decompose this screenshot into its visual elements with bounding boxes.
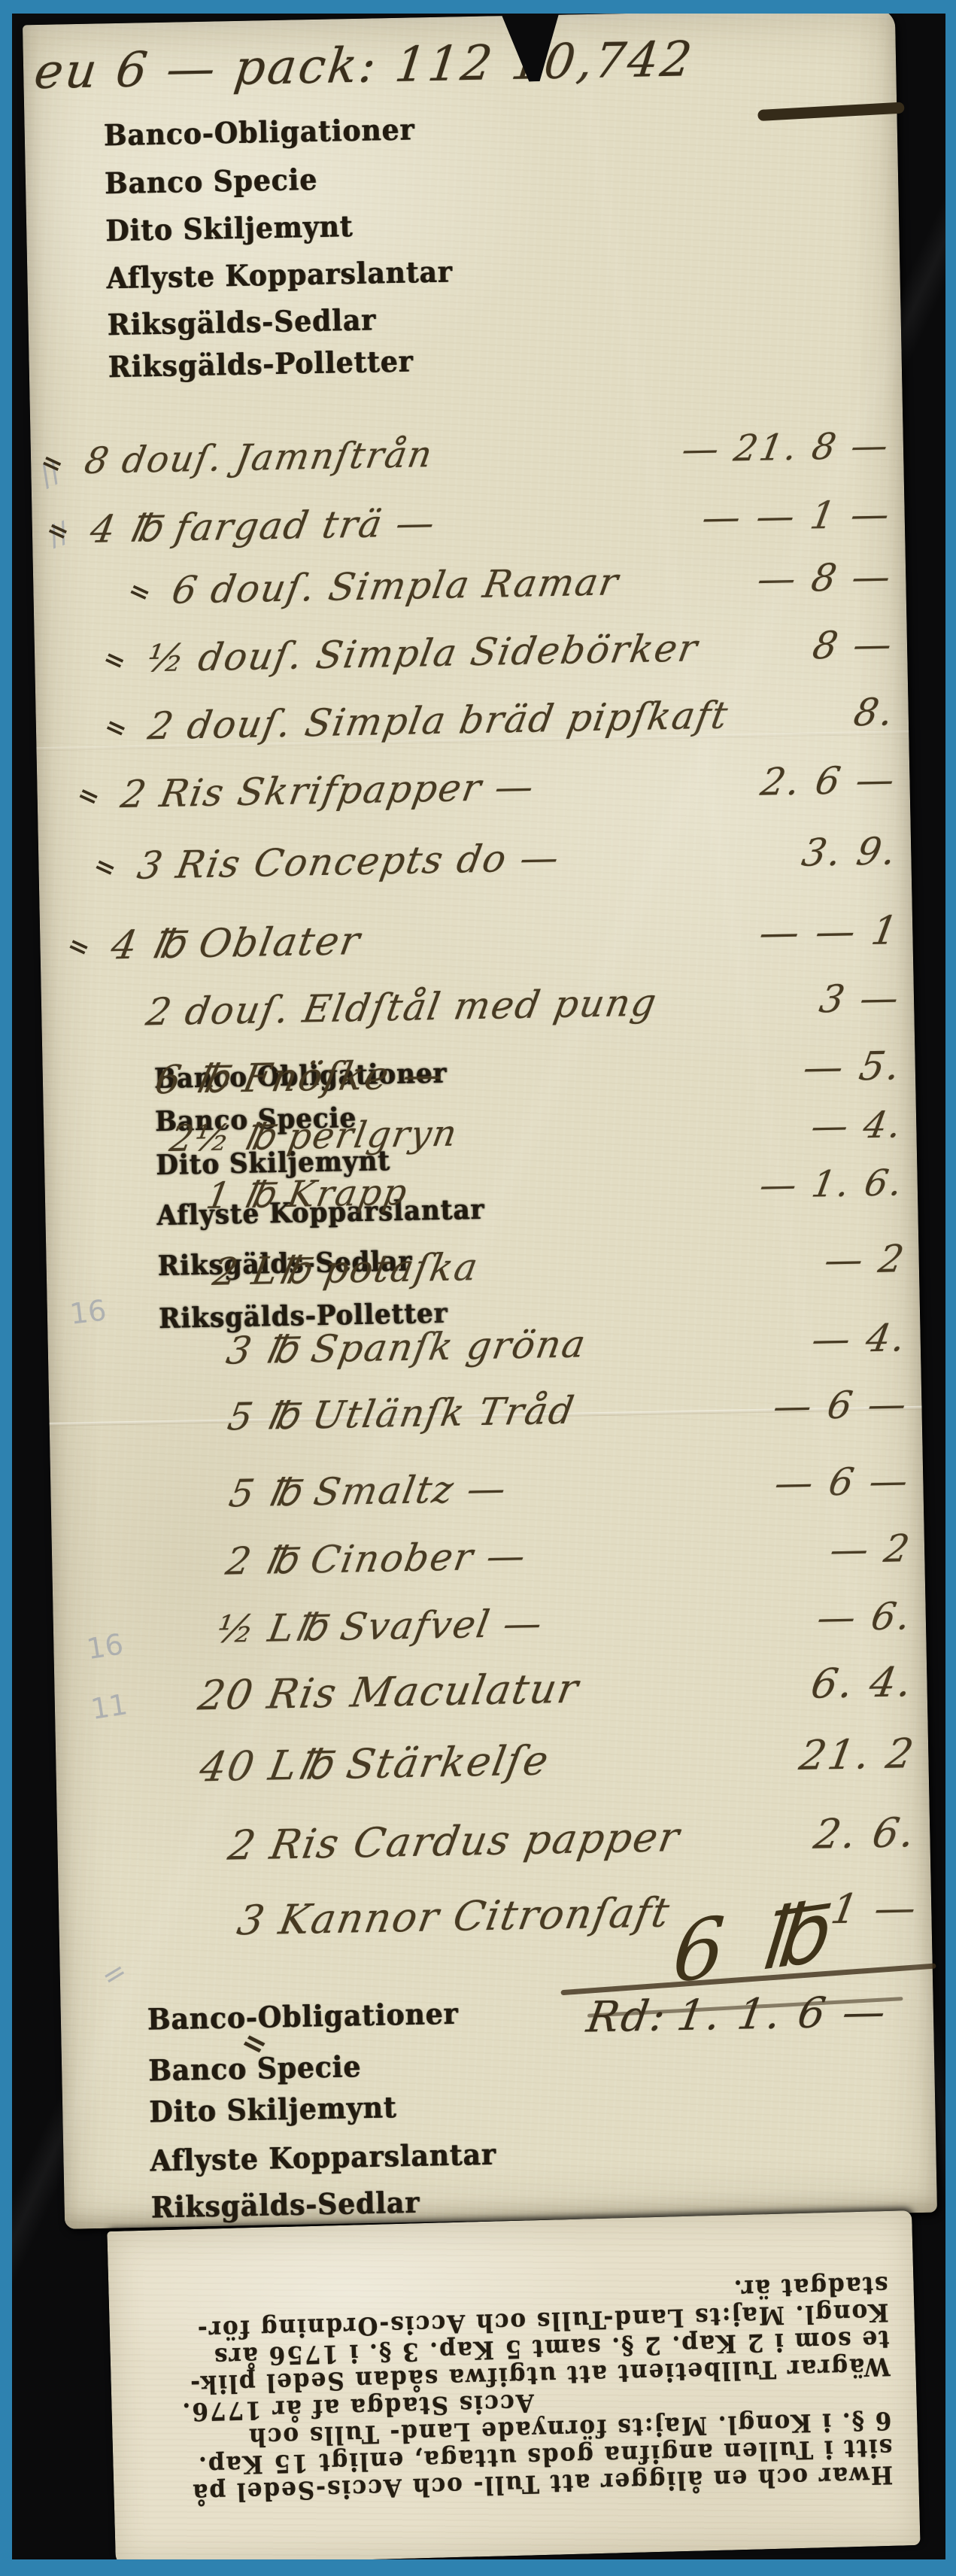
row-item-description: 1 ℔ Krapp bbox=[203, 1171, 411, 1217]
printed-header-line: Aflyste Kopparslantar bbox=[150, 2137, 496, 2178]
row-check-mark: = bbox=[99, 642, 129, 678]
row-check-mark: = bbox=[123, 574, 154, 609]
ledger-row: =6 douſ. Simpla Ramar— 8 — bbox=[33, 554, 906, 627]
upside-down-printed-text: Hwar och en åligger att Tull- och Accis-… bbox=[129, 2271, 893, 2508]
row-amount: — 6. bbox=[533, 1594, 916, 1645]
row-amount: — 2 bbox=[531, 1526, 915, 1578]
row-check-mark: = bbox=[42, 513, 73, 548]
total-value: 1. 1. 6 — bbox=[674, 1988, 891, 2041]
row-item-description: 2 L℔ potaſka bbox=[210, 1245, 482, 1294]
ledger-row: =3 Ris Concepts do —3. 9. bbox=[38, 829, 912, 901]
row-amount: — 1. 6. bbox=[524, 1162, 908, 1211]
printed-header-line: Dito Skiljemynt bbox=[105, 209, 354, 248]
row-item-description: 8 douſ. Jamnſtrån bbox=[81, 433, 436, 482]
row-item-description: ½ L℔ Svafvel — bbox=[214, 1601, 547, 1651]
printed-header-line: Banco Specie bbox=[105, 163, 318, 201]
row-amount: — — 1 bbox=[519, 908, 903, 961]
printed-header-block-3: Banco-ObligationerBanco SpecieDito Skilj… bbox=[23, 14, 895, 25]
handwritten-top-annotation: eu 6 — pack: 112 10,742 bbox=[32, 32, 697, 100]
pencil-marks-layer: ////161611= bbox=[23, 14, 895, 25]
row-amount: — 5. bbox=[522, 1043, 906, 1096]
printed-header-line: Aflyste Kopparslantar bbox=[106, 255, 453, 296]
row-item-description: 2½ ℔ perlgryn bbox=[167, 1112, 462, 1160]
row-check-mark: = bbox=[72, 778, 103, 813]
row-item-description: 2 Ris Skrifpapper — bbox=[118, 764, 539, 816]
row-amount: — — 1 — bbox=[511, 492, 895, 543]
row-item-description: 5 ℔ Smaltz — bbox=[226, 1466, 510, 1515]
row-amount: — 8 — bbox=[512, 554, 896, 606]
row-item-description: 40 L℔ Stärkelſe bbox=[196, 1736, 554, 1791]
printed-header-line: Banco-Obligationer bbox=[147, 1997, 458, 2037]
row-amount: 8. bbox=[515, 690, 899, 741]
ledger-row: =½ douſ. Simpla Sidebörker8 — bbox=[35, 622, 908, 694]
ledger-row: 6 ℔ Fnöſke —— 5. bbox=[42, 1043, 915, 1116]
ledger-row: 5 ℔ Utlänſk Tråd— 6 — bbox=[49, 1382, 922, 1454]
row-item-description: 2 ℔ Cinober — bbox=[223, 1534, 530, 1584]
ledger-row: ½ L℔ Svafvel —— 6. bbox=[53, 1594, 926, 1666]
ledger-row: 40 L℔ Stärkelſe21. 2 bbox=[56, 1730, 929, 1802]
row-amount: 3. 9. bbox=[517, 829, 901, 880]
printed-header-line: Banco-Obligationer bbox=[103, 113, 414, 153]
row-item-description: 3 Ris Concepts do — bbox=[134, 836, 563, 888]
row-amount: 2. 6 — bbox=[516, 758, 900, 809]
ledger-row: =4 ℔ fargad trä —— — 1 — bbox=[32, 492, 905, 564]
black-matte: eu 6 — pack: 112 10,742 Banco-Obligation… bbox=[12, 14, 945, 2559]
row-amount: 3 — bbox=[520, 976, 904, 1027]
ledger-row: =4 ℔ Oblater— — 1 bbox=[40, 908, 913, 980]
row-amount: — 6 — bbox=[528, 1382, 912, 1433]
ledger-row: =2 Ris Skrifpapper —2. 6 — bbox=[37, 758, 910, 830]
row-check-mark: = bbox=[62, 928, 93, 964]
printed-header-line: Dito Skiljemynt bbox=[149, 2091, 397, 2130]
ledger-row: 5 ℔ Smaltz —— 6 — bbox=[50, 1459, 924, 1531]
printed-header-line: Riksgälds-Sedlar bbox=[150, 2186, 420, 2225]
row-amount: 6. 4. bbox=[533, 1658, 918, 1713]
row-item-description: 6 ℔ Fnöſke — bbox=[152, 1053, 448, 1104]
pasted-regulation-slip: Hwar och en åligger att Tull- och Accis-… bbox=[107, 2210, 920, 2559]
row-amount: 2. 6. bbox=[536, 1809, 921, 1864]
ledger-row: =2 douſ. Simpla bräd pipſkaft8. bbox=[35, 690, 909, 762]
row-amount: 8 — bbox=[514, 622, 897, 673]
printed-header-line: Riksgälds-Sedlar bbox=[107, 303, 376, 342]
row-item-description: 5 ℔ Utlänſk Tråd bbox=[224, 1389, 578, 1439]
scanned-document: eu 6 — pack: 112 10,742 Banco-Obligation… bbox=[0, 0, 956, 2576]
row-item-description: 4 ℔ fargad trä — bbox=[87, 501, 439, 551]
printed-header-line: Riksgälds-Polletter bbox=[108, 345, 414, 384]
ledger-row: 20 Ris Maculatur6. 4. bbox=[54, 1658, 927, 1730]
printed-header-block-2: Banco ObligationerBanco SpecieDito Skilj… bbox=[23, 14, 895, 25]
row-check-mark: = bbox=[36, 445, 67, 481]
row-check-mark: = bbox=[100, 709, 131, 745]
ledger-row: 2 Ris Cardus papper2. 6. bbox=[57, 1809, 930, 1881]
main-document-sheet: eu 6 — pack: 112 10,742 Banco-Obligation… bbox=[23, 14, 937, 2229]
row-amount: — 21. 8 — bbox=[510, 424, 894, 474]
row-item-description: 20 Ris Maculatur bbox=[195, 1665, 583, 1720]
row-amount: 21. 2 bbox=[535, 1730, 919, 1785]
ink-dash-stroke bbox=[757, 102, 905, 122]
ledger-row: 2 ℔ Cinober —— 2 bbox=[52, 1526, 925, 1599]
printed-header-block-1: Banco-ObligationerBanco SpecieDito Skilj… bbox=[23, 14, 895, 25]
row-amount: — 4. bbox=[523, 1104, 906, 1153]
ledger-row: 2 L℔ potaſka— 2 bbox=[46, 1237, 919, 1309]
handwritten-ledger: =8 douſ. Jamnſtrån— 21. 8 —=4 ℔ fargad t… bbox=[23, 14, 895, 25]
row-amount: — 4. bbox=[527, 1316, 911, 1367]
row-amount: — 2 bbox=[526, 1237, 909, 1288]
ledger-row: 2 douſ. Eldſtål med pung3 — bbox=[41, 976, 915, 1048]
row-amount: — 6 — bbox=[530, 1459, 913, 1510]
row-item-description: 4 ℔ Oblater bbox=[108, 919, 364, 969]
row-check-mark: = bbox=[89, 849, 120, 885]
ledger-row: =8 douſ. Jamnſtrån— 21. 8 — bbox=[31, 424, 904, 497]
pencil-mark: = bbox=[96, 1953, 133, 1994]
